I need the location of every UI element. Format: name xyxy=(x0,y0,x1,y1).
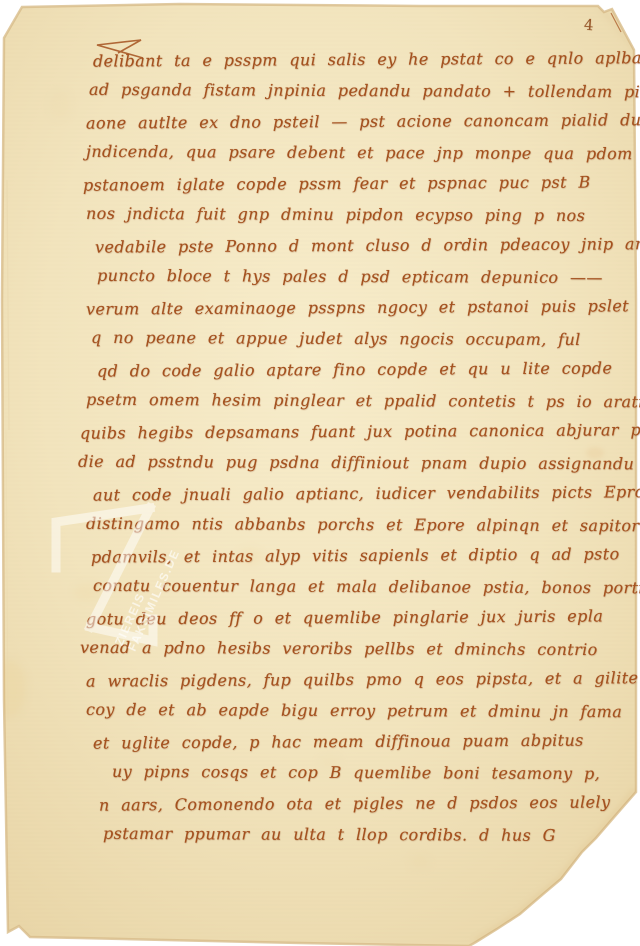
manuscript-line: aut code jnuali galio aptianc, iudicer v… xyxy=(93,476,616,510)
manuscript-line: delibant ta e psspm qui salis ey he psta… xyxy=(93,42,616,76)
folio-number: 4 xyxy=(583,16,594,35)
manuscript-line: uy pipns cosqs et cop B quemlibe boni te… xyxy=(112,756,616,789)
manuscript-line: jndicenda, qua psare debent et pace jnp … xyxy=(86,136,616,169)
manuscript-line: pdamvils, et intas alyp vitis sapienls e… xyxy=(91,538,616,572)
manuscript-line: conatu couentur langa et mala delibanoe … xyxy=(93,570,616,603)
manuscript-line: q no peane et appue judet alys ngocis oc… xyxy=(91,322,616,355)
manuscript-line: a wraclis pigdens, fup quilbs pmo q eos … xyxy=(86,662,616,696)
manuscript-line: coy de et ab eapde bigu erroy petrum et … xyxy=(86,694,616,727)
manuscript-line: nos jndicta fuit gnp dminu pipdon ecypso… xyxy=(86,198,616,231)
manuscript-line: gotu deu deos ff o et quemlibe pinglarie… xyxy=(86,600,616,634)
manuscript-line: venad a pdno hesibs veroribs pellbs et d… xyxy=(80,632,616,665)
manuscript-line: verum alte examinaoge psspns ngocy et ps… xyxy=(86,290,616,324)
manuscript-line: pstamar ppumar au ulta t llop cordibs. d… xyxy=(103,818,616,851)
manuscript-line: pstanoem iglate copde pssm fear et pspna… xyxy=(83,166,616,200)
manuscript-line: distingamo ntis abbanbs porchs et Epore … xyxy=(86,508,616,541)
manuscript-line: die ad psstndu pug psdna diffiniout pnam… xyxy=(78,446,616,479)
manuscript-line: vedabile pste Ponno d mont cluso d ordin… xyxy=(95,228,616,262)
manuscript-text: delibant ta e psspm qui salis ey he psta… xyxy=(86,44,616,850)
manuscript-line: psetm omem hesim pinglear et ppalid cont… xyxy=(86,384,616,417)
manuscript-line: qd do code galio aptare fino copde et qu… xyxy=(97,352,616,386)
manuscript-line: aone autlte ex dno psteil — pst acione c… xyxy=(86,104,616,138)
manuscript-line: n aars, Comonendo ota et pigles ne d psd… xyxy=(99,786,616,820)
manuscript-line: puncto bloce t hys pales d psd epticam d… xyxy=(97,260,616,293)
manuscript-line: et uglite copde, p hac meam diffinoua pu… xyxy=(93,724,616,758)
manuscript-line: ad psganda fistam jnpinia pedandu pandat… xyxy=(89,74,616,107)
manuscript-photo: 4 delibant ta e psspm qui salis ey he ps… xyxy=(0,0,640,946)
manuscript-line: quibs hegibs depsamans fuant jux potina … xyxy=(80,414,616,448)
